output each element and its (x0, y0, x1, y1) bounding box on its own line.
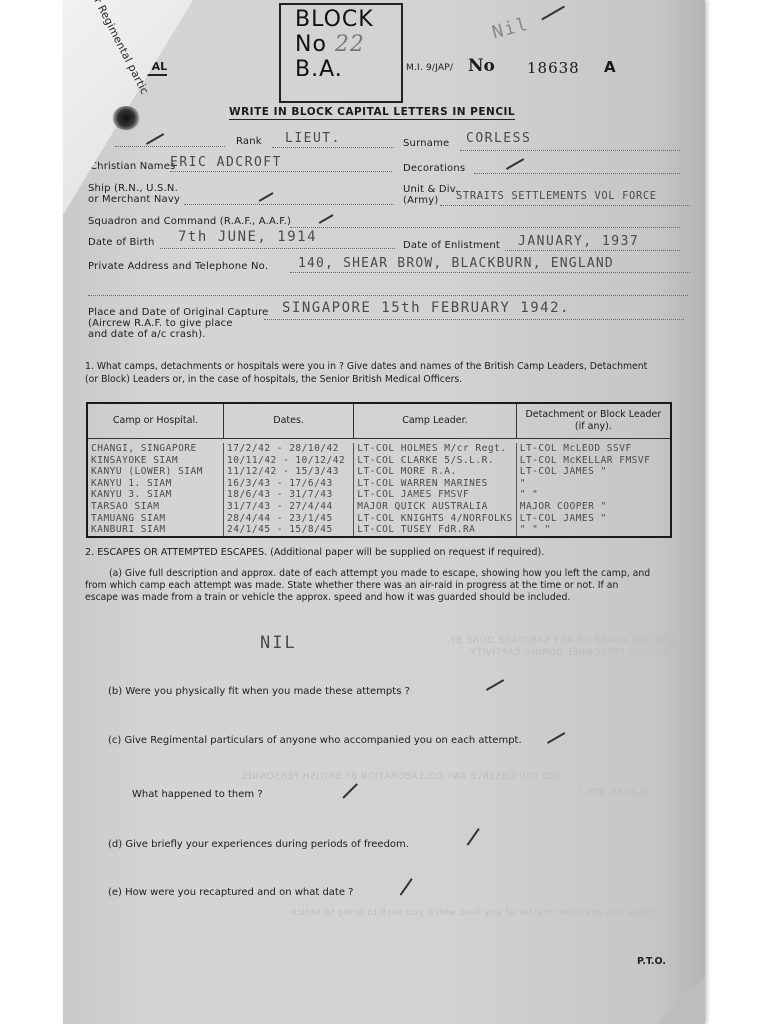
page-corner (655, 978, 705, 1024)
answer-2a: NIL (260, 633, 297, 653)
table-header-row: Camp or Hospital. Dates. Camp Leader. De… (87, 403, 671, 439)
enlistment-value: JANUARY, 1937 (518, 234, 639, 249)
unit-value: STRAITS SETTLEMENTS VOL FORCE (456, 190, 657, 202)
section1-question: 1. What camps, detachments or hospitals … (85, 360, 647, 386)
table-row: CHANGI, SINGAPORE17/2/42 - 28/10/42LT-CO… (87, 443, 671, 455)
bleed-through-text: ARE YOU AWARE OF ANY SABOTAGE DONE BY (450, 636, 674, 646)
question-2c-followup: What happened to them ? (132, 788, 263, 801)
block-stamp-line3: B.A. (295, 57, 401, 82)
capture-label: Place and Date of Original Capture (Airc… (88, 307, 269, 340)
table-row: TAMUANG SIAM28/4/44 - 23/1/45LT-COL KNIG… (87, 513, 671, 525)
table-row: KINSAYOKE SIAM10/11/42 - 10/12/42LT-COL … (87, 455, 671, 467)
question-2e: (e) How were you recaptured and on what … (108, 886, 354, 899)
christian-names-label: Christian Names (90, 161, 175, 172)
number-label: No (468, 56, 495, 76)
section2-heading: 2. ESCAPES OR ATTEMPTED ESCAPES. (Additi… (85, 546, 544, 559)
table-row: KANBURI SIAM24/1/45 - 15/8/45LT-COL TUSE… (87, 524, 671, 537)
rank-value: LIEUT. (285, 131, 341, 146)
bleed-through-text: DID YOU OBSERVE ANY COLLABORATION BY BRI… (240, 772, 560, 782)
dob-value: 7th JUNE, 1914 (178, 229, 317, 245)
question-2c: (c) Give Regimental particulars of anyon… (108, 734, 522, 747)
block-stamp-line2: No 22 (295, 32, 401, 57)
camps-table: Camp or Hospital. Dates. Camp Leader. De… (86, 402, 672, 538)
column-header: Dates. (224, 403, 354, 439)
unit-label: Unit & Div. (Army) (403, 184, 459, 206)
table-row: KANYU 3. SIAM18/6/43 - 31/7/43LT-COL JAM… (87, 489, 671, 501)
squadron-label: Squadron and Command (R.A.F., A.A.F.) (88, 216, 291, 227)
column-header: Camp Leader. (354, 403, 517, 439)
pto-label: P.T.O. (637, 956, 666, 967)
bleed-through-text: PLACES, ETC.) (578, 788, 648, 798)
surname-value: CORLESS (466, 131, 531, 146)
address-label: Private Address and Telephone No. (88, 261, 268, 272)
table-row: TARSAO SIAM31/7/43 - 27/4/44MAJOR QUICK … (87, 501, 671, 513)
bleed-through-text: BRITISH PERSONNEL DURING CAPTIVITY (470, 648, 668, 658)
form-suffix: A (604, 58, 616, 76)
form-reference: M.I. 9/JAP/ (406, 63, 453, 73)
capture-value: SINGAPORE 15th FEBRUARY 1942. (282, 300, 570, 316)
dob-label: Date of Birth (88, 237, 155, 248)
form-number: 18638 (527, 59, 580, 77)
surname-label: Surname (403, 138, 449, 149)
table-row: KANYU (LOWER) SIAM11/12/42 - 15/3/43LT-C… (87, 466, 671, 478)
ship-label: Ship (R.N., U.S.N. or Merchant Navy (88, 183, 180, 205)
block-number: 22 (335, 32, 365, 57)
question-2d: (d) Give briefly your experiences during… (108, 838, 409, 851)
column-header: Detachment or Block Leader (if any). (516, 403, 671, 439)
christian-names-value: ERIC ADCROFT (170, 155, 282, 170)
address-value: 140, SHEAR BROW, BLACKBURN, ENGLAND (298, 256, 614, 271)
column-header: Camp or Hospital. (87, 403, 224, 439)
bleed-through-text: Have you any other matter of any kind wh… (290, 908, 653, 918)
decorations-label: Decorations (403, 163, 465, 174)
block-stamp: BLOCK No 22 B.A. (279, 3, 403, 103)
staple-icon (112, 106, 140, 130)
question-2a: (a) Give full description and approx. da… (85, 568, 650, 604)
table-row: KANYU 1. SIAM16/3/43 - 17/6/43LT-COL WAR… (87, 478, 671, 490)
enlistment-label: Date of Enlistment (403, 240, 500, 251)
instruction-title: WRITE IN BLOCK CAPITAL LETTERS IN PENCIL (229, 106, 515, 120)
rank-label: Rank (236, 136, 262, 147)
block-stamp-line1: BLOCK (295, 7, 401, 32)
question-2b: (b) Were you physically fit when you mad… (108, 685, 410, 698)
